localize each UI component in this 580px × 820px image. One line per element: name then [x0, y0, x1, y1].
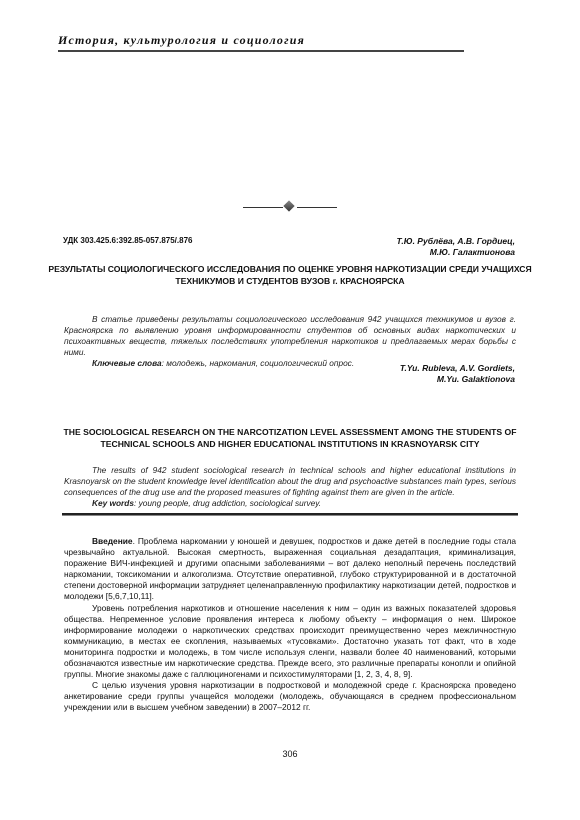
article-body: Введение. Проблема наркомании у юношей и… — [64, 536, 516, 714]
ornament-divider — [243, 201, 337, 213]
page-number: 306 — [0, 749, 580, 760]
title-en: THE SOCIOLOGICAL RESEARCH ON THE NARCOTI… — [40, 427, 540, 450]
keywords-en: Key words: young people, drug addiction,… — [64, 498, 516, 509]
diamond-icon — [283, 200, 294, 211]
paragraph-2: Уровень потребления наркотиков и отношен… — [64, 603, 516, 681]
header-rule — [58, 50, 464, 52]
paragraph-3: С целью изучения уровня наркотизации в п… — [64, 680, 516, 713]
authors-ru: Т.Ю. Рублёва, А.В. Гордиец, М.Ю. Галакти… — [396, 236, 515, 258]
authors-en: T.Yu. Rubleva, A.V. Gordiets, M.Yu. Gala… — [400, 363, 515, 385]
running-header: История, культурология и социология — [58, 33, 464, 52]
abstract-en: The results of 942 student sociological … — [64, 465, 516, 509]
title-ru: РЕЗУЛЬТАТЫ СОЦИОЛОГИЧЕСКОГО ИССЛЕДОВАНИЯ… — [40, 264, 540, 287]
journal-section-title: История, культурология и социология — [58, 33, 464, 48]
paragraph-intro: Введение. Проблема наркомании у юношей и… — [64, 536, 516, 603]
udk-code: УДК 303.425.6:392.85-057.875/.876 — [63, 236, 192, 247]
abstract-ru: В статье приведены результаты социологич… — [64, 314, 516, 369]
section-separator — [62, 513, 518, 516]
